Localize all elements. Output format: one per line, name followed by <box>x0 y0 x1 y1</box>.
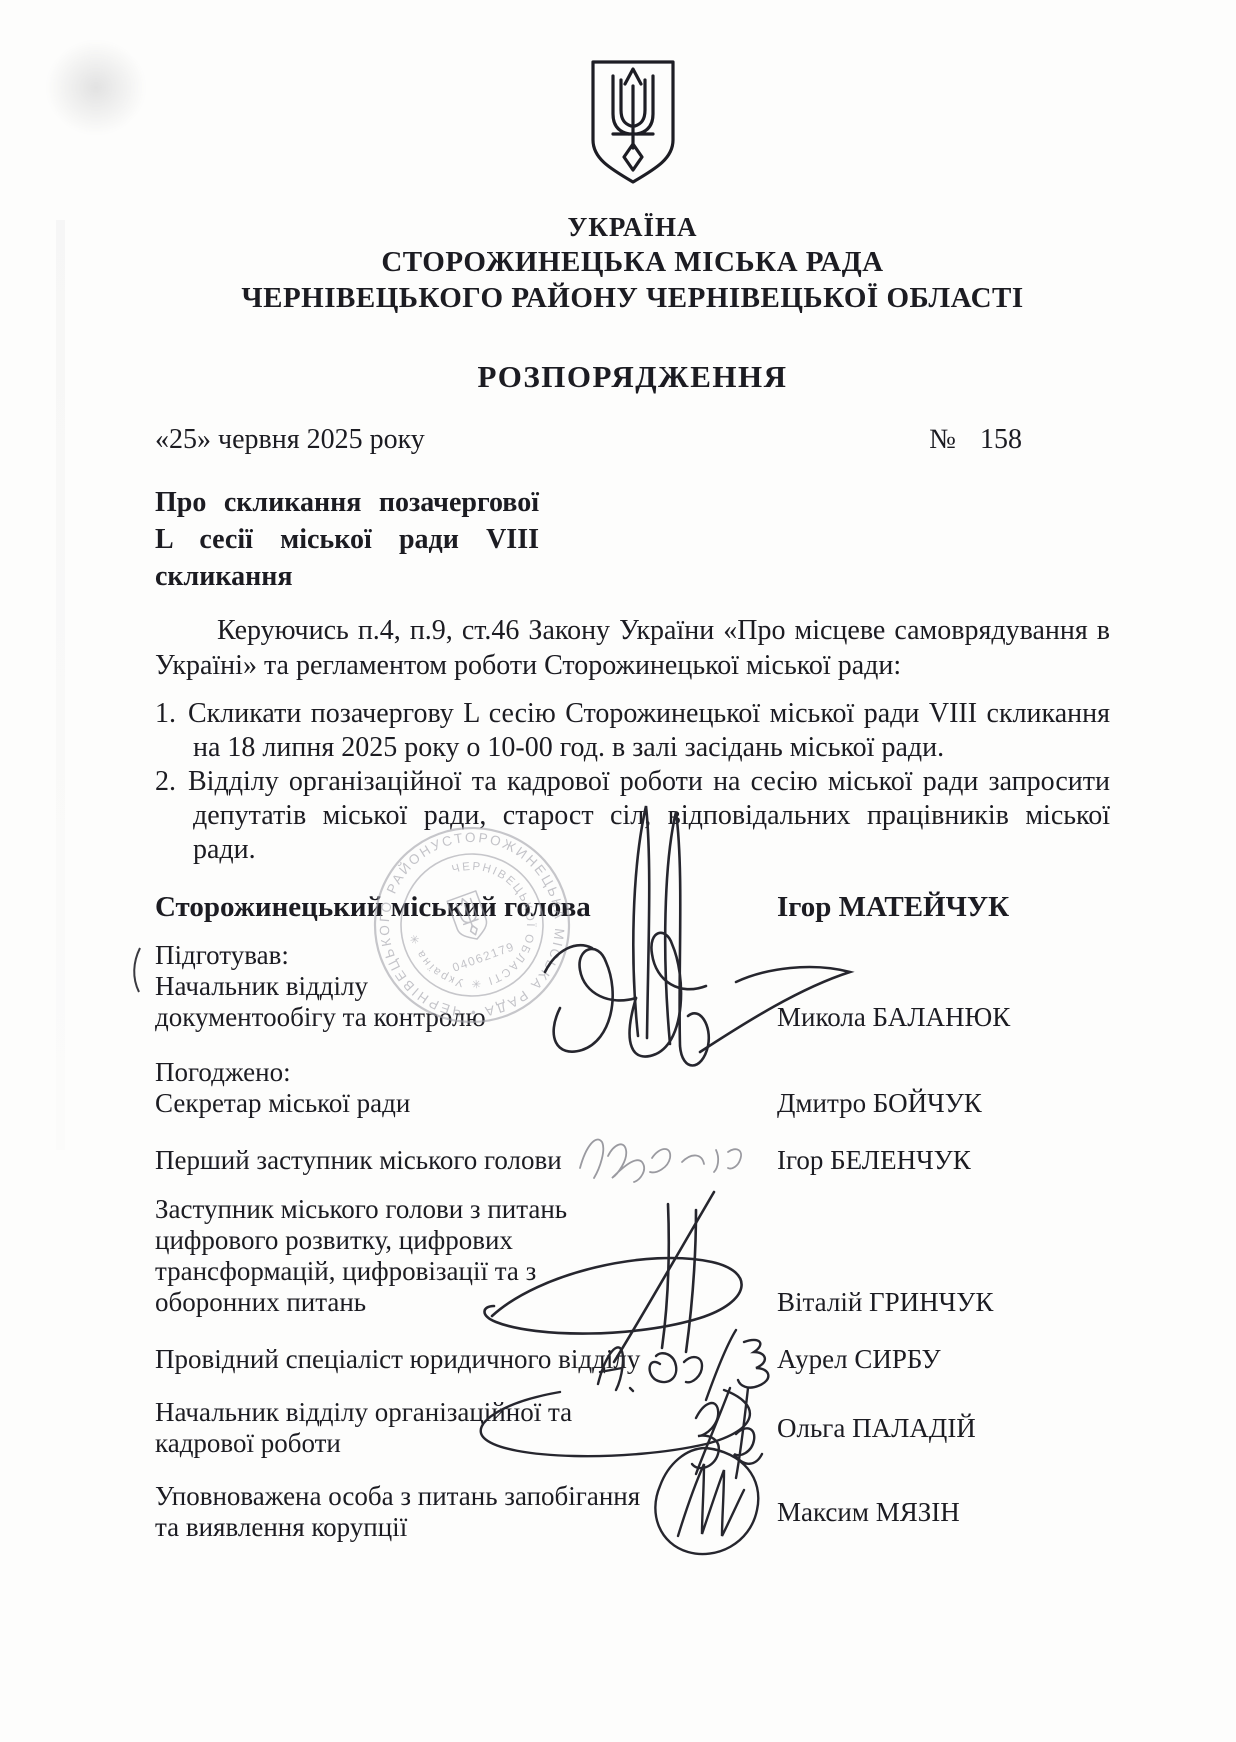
prepared-title: Начальник відділу документообігу та конт… <box>155 971 777 1033</box>
item-text: Скликати позачергову L сесію Сторожинець… <box>188 698 1110 763</box>
signer-title-line: Уповноважена особа з питань запобігання <box>155 1481 777 1512</box>
signer-row-legal-specialist: Провідний спеціаліст юридичного відділу … <box>155 1344 1110 1375</box>
signer-title: Секретар міської ради <box>155 1088 777 1119</box>
signer-name: Віталій ГРИНЧУК <box>777 1287 993 1318</box>
item-1: 1.Скликати позачергову L сесію Сторожине… <box>155 697 1110 765</box>
ukrainian-trident-shield-icon <box>583 56 683 188</box>
subject-line: скликання <box>155 558 539 595</box>
signer-title-line: Начальник відділу організаційної та <box>155 1397 777 1428</box>
signer-name: Ігор БЕЛЕНЧУК <box>777 1145 971 1176</box>
document-content: УКРАЇНА СТОРОЖИНЕЦЬКА МІСЬКА РАДА ЧЕРНІВ… <box>155 0 1110 1543</box>
signer-name: Дмитро БОЙЧУК <box>777 1088 982 1119</box>
agreed-label: Погоджено: <box>155 1057 1110 1088</box>
signer-title-line: цифрового розвитку, цифрових <box>155 1225 777 1256</box>
signer-row-org-department: Начальник відділу організаційної та кадр… <box>155 1397 1110 1459</box>
prepared-row: Начальник відділу документообігу та конт… <box>155 971 1110 1033</box>
signer-title: Начальник відділу організаційної та кадр… <box>155 1397 777 1459</box>
signer-name: Максим МЯЗІН <box>777 1497 960 1528</box>
document-number: 158 <box>980 424 1022 455</box>
document-number-group: №158 <box>929 422 1110 458</box>
item-number: 2. <box>155 766 176 797</box>
mayor-title: Сторожинецький міський голова <box>155 892 777 923</box>
item-text: Відділу організаційної та кадрової робот… <box>188 766 1110 865</box>
prepared-title-line: документообігу та контролю <box>155 1002 777 1033</box>
signer-title: Провідний спеціаліст юридичного відділу <box>155 1344 777 1375</box>
signer-title-line: кадрової роботи <box>155 1428 777 1459</box>
prepared-label: Підготував: <box>155 940 1110 971</box>
scan-smudge-artifact <box>46 40 146 135</box>
item-number: 1. <box>155 698 176 729</box>
signer-name: Ольга ПАЛАДІЙ <box>777 1413 976 1444</box>
document-date: «25» червня 2025 року <box>155 422 425 458</box>
date-number-row: «25» червня 2025 року №158 <box>155 422 1110 458</box>
number-sign: № <box>929 424 956 455</box>
prepared-title-line: Начальник відділу <box>155 971 777 1002</box>
header-district: ЧЕРНІВЕЦЬКОГО РАЙОНУ ЧЕРНІВЕЦЬКОЇ ОБЛАСТ… <box>155 280 1110 316</box>
item-2: 2.Відділу організаційної та кадрової роб… <box>155 765 1110 867</box>
signer-title-line: оборонних питань <box>155 1287 777 1318</box>
signer-title: Заступник міського голови з питань цифро… <box>155 1194 777 1318</box>
mayor-signature-row: Сторожинецький міський голова Ігор МАТЕЙ… <box>155 891 1110 924</box>
document-type-title: РОЗПОРЯДЖЕННЯ <box>155 358 1110 396</box>
signer-title: Перший заступник міського голови <box>155 1145 777 1176</box>
header-council: СТОРОЖИНЕЦЬКА МІСЬКА РАДА <box>155 244 1110 280</box>
prepared-name: Микола БАЛАНЮК <box>777 1002 1010 1033</box>
signer-title-line: трансформацій, цифровізації та з <box>155 1256 777 1287</box>
subject-line: L сесії міської ради VIII <box>155 521 539 558</box>
subject-block: Про скликання позачергової L сесії міськ… <box>155 484 539 595</box>
header-country: УКРАЇНА <box>155 210 1110 244</box>
signer-title-line: Заступник міського голови з питань <box>155 1194 777 1225</box>
subject-line: Про скликання позачергової <box>155 484 539 521</box>
signer-title: Уповноважена особа з питань запобігання … <box>155 1481 777 1543</box>
signer-row-secretary: Секретар міської ради Дмитро БОЙЧУК <box>155 1088 1110 1119</box>
signer-name: Аурел СИРБУ <box>777 1344 941 1375</box>
ordered-items: 1.Скликати позачергову L сесію Сторожине… <box>155 697 1110 867</box>
stray-pen-mark <box>134 948 140 992</box>
signer-title-line: та виявлення корупції <box>155 1512 777 1543</box>
signer-row-digital-deputy: Заступник міського голови з питань цифро… <box>155 1194 1110 1318</box>
scan-edge-streak <box>56 220 65 1150</box>
mayor-name: Ігор МАТЕЙЧУК <box>777 891 1009 924</box>
signer-row-first-deputy: Перший заступник міського голови Ігор БЕ… <box>155 1145 1110 1176</box>
scanned-document-page: УКРАЇНА СТОРОЖИНЕЦЬКА МІСЬКА РАДА ЧЕРНІВ… <box>0 0 1236 1742</box>
signer-row-anticorruption: Уповноважена особа з питань запобігання … <box>155 1481 1110 1543</box>
preamble-paragraph: Керуючись п.4, п.9, ст.46 Закону України… <box>155 613 1110 683</box>
